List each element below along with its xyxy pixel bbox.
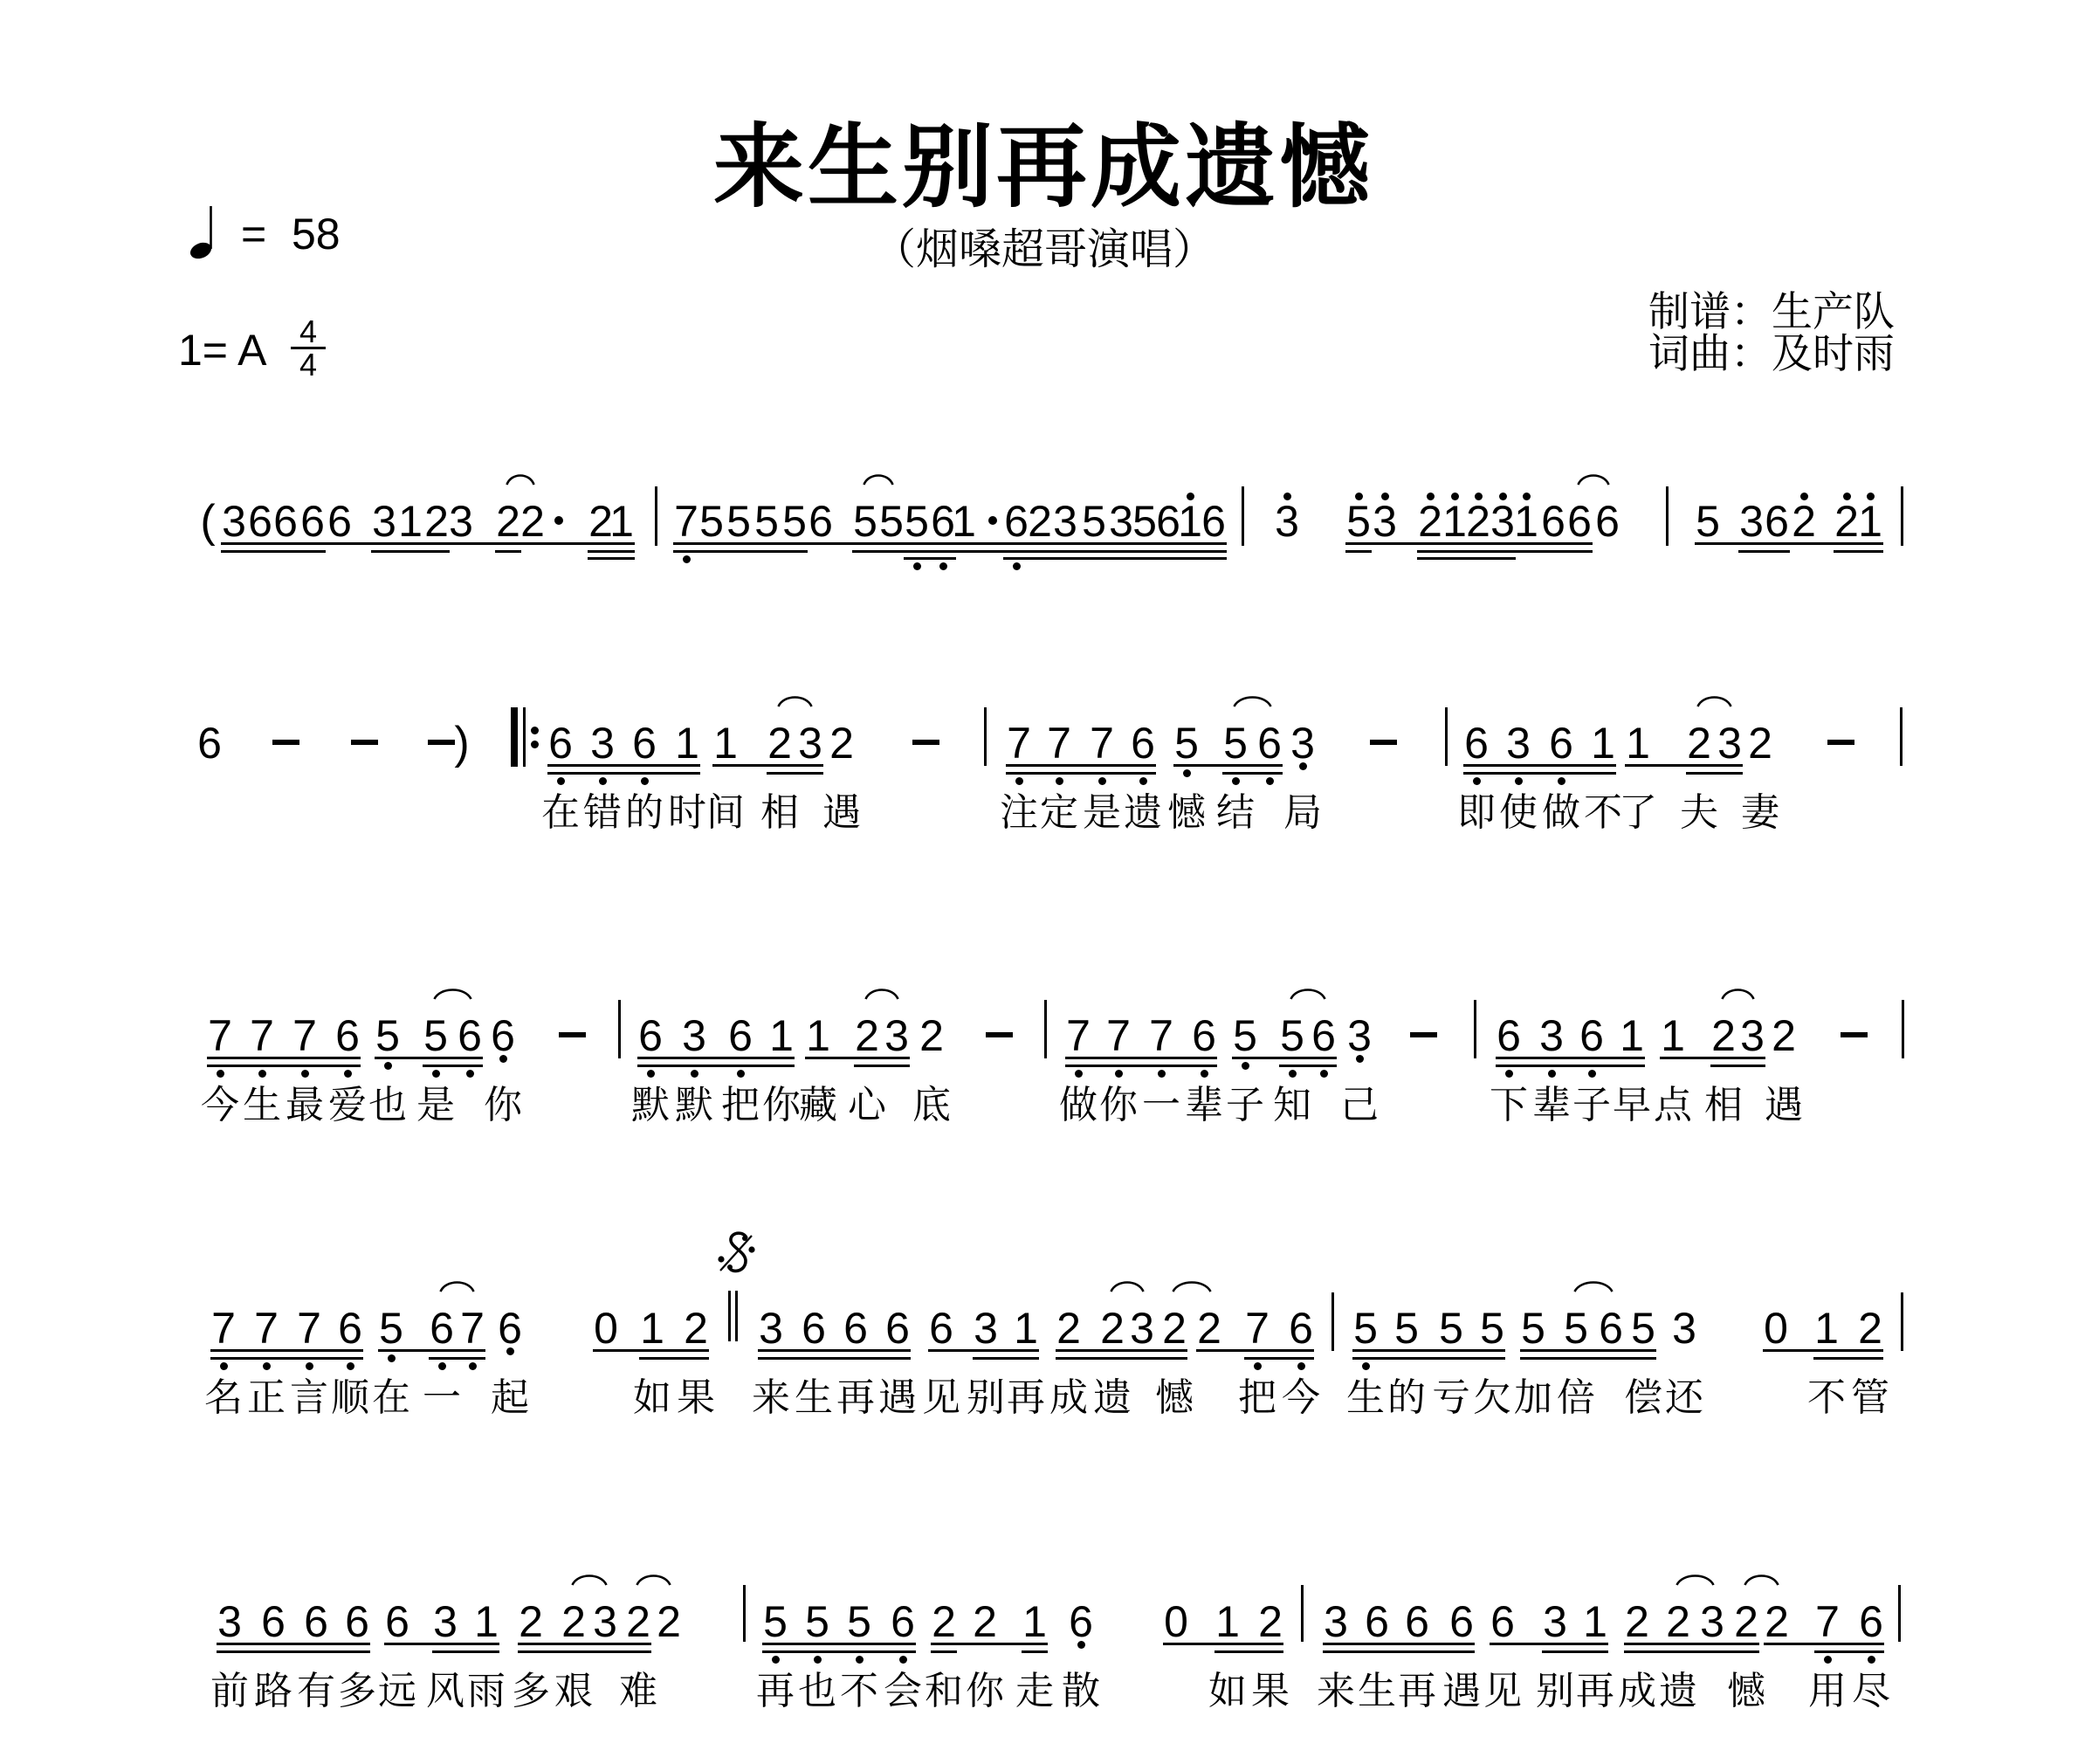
underline-beam xyxy=(762,1643,916,1645)
note-digit: 7 xyxy=(1808,1600,1847,1643)
underline-beam xyxy=(221,542,635,545)
underline-beam xyxy=(547,772,700,775)
note-digit: 6 xyxy=(1124,721,1162,765)
underline-beam xyxy=(423,1065,483,1067)
note-digit: 3 xyxy=(1317,1600,1355,1643)
underline-beam xyxy=(375,1057,483,1059)
slur xyxy=(433,987,472,1001)
lyric-char: 难 xyxy=(612,1672,664,1711)
barline xyxy=(1901,1292,1903,1351)
lyric-char: 遗 xyxy=(1652,1672,1704,1711)
underline-beam xyxy=(1763,1349,1883,1352)
underline-beam xyxy=(1463,772,1616,775)
underline-beam xyxy=(1222,772,1283,775)
note-digit: 5 xyxy=(1226,1014,1264,1058)
note-digit: 5 xyxy=(368,1014,407,1058)
underline-beam xyxy=(210,1349,363,1352)
lyric-char: 果 xyxy=(1244,1672,1297,1711)
octave-dot-below xyxy=(1297,1362,1305,1370)
note-digit: 6 xyxy=(802,500,840,543)
sustain-dash xyxy=(351,740,378,745)
octave-dot-above xyxy=(1427,493,1435,500)
repeat-dot xyxy=(531,727,539,734)
slur xyxy=(1577,472,1610,486)
underline-beam xyxy=(1686,772,1743,775)
underline-beam xyxy=(1345,542,1593,545)
note-digit: 7 xyxy=(204,1306,243,1350)
note-digit: 6 xyxy=(884,1600,922,1643)
underline-beam xyxy=(854,1065,910,1067)
slur xyxy=(1573,1279,1614,1293)
note-digit: 1 xyxy=(633,1306,671,1350)
lyric-char: 憾 xyxy=(1720,1672,1772,1711)
octave-dot-above xyxy=(1283,493,1291,500)
underline-beam xyxy=(210,1357,363,1360)
octave-dot-below xyxy=(939,562,947,570)
slur xyxy=(636,1573,671,1587)
underline-beam xyxy=(1003,557,1227,560)
note-digit: 5 xyxy=(1514,1306,1552,1350)
underline-beam xyxy=(1520,1357,1656,1360)
note-digit: 5 xyxy=(416,1014,455,1058)
note-digit: 5 xyxy=(372,1306,410,1350)
note-digit: 6 xyxy=(1588,500,1627,543)
note-digit: 1 xyxy=(1851,500,1889,543)
note-digit: 2 xyxy=(513,500,552,543)
underline-beam xyxy=(1345,550,1372,553)
underline-beam xyxy=(637,1065,795,1067)
note-digit: 1 xyxy=(1619,721,1657,765)
octave-dot-below xyxy=(1139,777,1147,785)
note-digit: 1 xyxy=(799,1014,837,1058)
note-digit: 1 xyxy=(1007,1306,1045,1350)
underline-beam xyxy=(904,557,956,560)
note-digit: 6 xyxy=(328,1014,367,1058)
underline-beam xyxy=(207,1065,361,1067)
sustain-dash xyxy=(1827,740,1854,745)
underline-beam xyxy=(371,550,450,553)
barline xyxy=(984,707,987,766)
lyric-char: 夫 xyxy=(1673,794,1725,832)
slur xyxy=(1172,1279,1212,1293)
underline-beam xyxy=(767,772,823,775)
octave-dot-below xyxy=(1056,777,1063,785)
octave-dot-above xyxy=(1523,493,1531,500)
underline-beam xyxy=(973,1357,1039,1360)
lyric-char: 远 xyxy=(371,1672,423,1711)
lyric-char: 点 xyxy=(1647,1086,1699,1125)
slur xyxy=(863,472,894,486)
note-digit: 6 xyxy=(378,1600,416,1643)
lyric-char: 己 xyxy=(1333,1086,1386,1125)
octave-dot-below xyxy=(1015,777,1023,785)
note-digit: 6 xyxy=(1442,1600,1481,1643)
underline-beam xyxy=(1695,542,1883,545)
jianpu-score: (366663123222175555655561623535616353212… xyxy=(0,0,2078,1764)
lyric-char: 局 xyxy=(1276,794,1329,832)
barline xyxy=(1331,1292,1334,1351)
lyric-char: 果 xyxy=(670,1379,722,1417)
note-digit: 7 xyxy=(1099,1014,1138,1058)
octave-dot-below xyxy=(384,1062,392,1070)
note-digit: 7 xyxy=(1238,1306,1276,1350)
lyric-char: 间 xyxy=(699,794,752,832)
octave-dot-above xyxy=(1451,493,1459,500)
underline-beam xyxy=(1542,1650,1608,1653)
octave-dot-below xyxy=(1824,1656,1832,1664)
lyric-char: 遗 xyxy=(1086,1379,1139,1417)
note-digit: 3 xyxy=(583,721,622,765)
lyric-char: 遇 xyxy=(1758,1086,1810,1125)
underline-beam xyxy=(1232,1057,1337,1059)
underline-beam xyxy=(1279,1065,1337,1067)
note-digit: 3 xyxy=(1283,721,1322,765)
note-digit: 1 xyxy=(668,721,706,765)
octave-dot-below xyxy=(737,1070,745,1078)
underline-beam xyxy=(384,1643,499,1645)
note-digit: 5 xyxy=(1557,1306,1595,1350)
lyric-char: 默 xyxy=(668,1086,720,1125)
note-digit: 3 xyxy=(1499,721,1538,765)
note-digit: 2 xyxy=(1190,1306,1228,1350)
octave-dot-above xyxy=(1499,493,1507,500)
augmentation-dot xyxy=(554,516,563,525)
octave-dot-below xyxy=(301,1070,309,1078)
note-digit: 5 xyxy=(756,1600,795,1643)
underline-beam xyxy=(673,542,1227,545)
slur xyxy=(1721,987,1755,1001)
octave-dot-below xyxy=(1299,762,1307,770)
octave-dot-below xyxy=(1548,1070,1556,1078)
note-digit: 2 xyxy=(1618,1600,1656,1643)
note-digit: 6 xyxy=(254,1600,292,1643)
octave-dot-above xyxy=(1475,493,1483,500)
octave-dot-below xyxy=(1289,1070,1297,1078)
underline-beam xyxy=(217,1650,370,1653)
octave-dot-below xyxy=(557,777,565,785)
slur xyxy=(1675,1573,1715,1587)
note-digit: 6 xyxy=(836,1306,875,1350)
note-digit: 1 xyxy=(706,721,745,765)
underline-beam xyxy=(1834,550,1883,553)
underline-beam xyxy=(931,1650,957,1653)
underline-beam xyxy=(762,1650,916,1653)
note-digit: 3 xyxy=(877,1014,916,1058)
barline xyxy=(1898,1585,1901,1642)
note-digit: 6 xyxy=(1457,721,1496,765)
sustain-dash xyxy=(1410,1032,1437,1037)
note-digit: 5 xyxy=(1473,1306,1511,1350)
slur xyxy=(1744,1573,1779,1587)
score-page: 来生别再成遗憾 （烟嗓超哥演唱） = 58 1= A 4 4 制谱：生产队 词曲… xyxy=(0,0,2078,1764)
underline-beam xyxy=(432,1650,499,1653)
underline-beam xyxy=(495,550,521,553)
barline xyxy=(1666,486,1669,546)
note-digit: 6 xyxy=(338,1600,376,1643)
lyric-char: 是 xyxy=(409,1086,462,1125)
barline xyxy=(1044,1000,1047,1058)
octave-dot-above xyxy=(1381,493,1389,500)
underline-beam xyxy=(928,1349,1039,1352)
note-digit: 1 xyxy=(467,1600,506,1643)
sustain-dash xyxy=(272,740,299,745)
note-digit: 1 xyxy=(1576,1600,1614,1643)
note-digit: 6 xyxy=(484,1014,522,1058)
slur xyxy=(777,694,813,708)
note-digit: 5 xyxy=(1167,721,1206,765)
octave-dot-below xyxy=(1266,777,1274,785)
barline xyxy=(735,1291,738,1341)
octave-dot-below xyxy=(220,1362,228,1370)
lyric-char: 今 xyxy=(1275,1379,1327,1417)
note-digit: 2 xyxy=(822,721,861,765)
octave-dot-above xyxy=(1800,493,1808,500)
lyric-char: 管 xyxy=(1844,1379,1896,1417)
octave-dot-below xyxy=(772,1656,780,1664)
lyric-char: 憾 xyxy=(1148,1379,1201,1417)
underline-beam xyxy=(1323,1643,1475,1645)
lyric-char: 也 xyxy=(361,1086,414,1125)
underline-beam xyxy=(1520,1349,1656,1352)
barline xyxy=(1301,1585,1304,1642)
note-digit: 3 xyxy=(1532,1014,1571,1058)
note-digit: 1 xyxy=(1208,1600,1247,1643)
lyric-char: 还 xyxy=(1658,1379,1710,1417)
note-digit: 2 xyxy=(1851,1306,1889,1350)
underline-beam xyxy=(1065,1065,1217,1067)
barline xyxy=(1474,1000,1476,1058)
underline-beam xyxy=(1417,550,1593,553)
underline-beam xyxy=(547,764,700,767)
lyric-char: 你 xyxy=(959,1672,1011,1711)
octave-dot-above xyxy=(1187,493,1194,500)
sustain-dash xyxy=(1370,740,1397,745)
note-digit: 6 xyxy=(1185,1014,1223,1058)
octave-dot-below xyxy=(856,1656,864,1664)
underline-beam xyxy=(207,1057,361,1059)
note-digit: 2 xyxy=(925,1600,963,1643)
octave-dot-below xyxy=(1473,777,1481,785)
octave-dot-below xyxy=(599,777,607,785)
octave-dot-below xyxy=(258,1070,266,1078)
underline-beam xyxy=(1496,1065,1645,1067)
note-digit: 3 xyxy=(1665,1306,1703,1350)
barline xyxy=(1445,707,1448,766)
underline-beam xyxy=(1056,1349,1187,1352)
barline xyxy=(1242,486,1244,546)
note-digit: 2 xyxy=(677,1306,715,1350)
note-digit: 6 xyxy=(190,721,229,765)
rest-note: 0 xyxy=(587,1306,625,1350)
underline-beam xyxy=(1173,764,1283,767)
sustain-dash xyxy=(559,1032,586,1037)
note-digit: 6 xyxy=(878,1306,917,1350)
octave-dot-below xyxy=(1356,1055,1364,1063)
octave-dot-below xyxy=(344,1070,352,1078)
barline xyxy=(655,486,657,546)
note-digit: 6 xyxy=(1852,1600,1890,1643)
octave-dot-below xyxy=(647,1070,655,1078)
note-digit: 7 xyxy=(453,1306,492,1350)
underline-beam xyxy=(588,557,635,560)
repeat-thick-bar xyxy=(511,707,518,767)
note-digit: 3 xyxy=(1366,500,1404,543)
octave-dot-below xyxy=(1201,1070,1208,1078)
note-digit: 2 xyxy=(1251,1600,1290,1643)
note-digit: 6 xyxy=(1483,1600,1522,1643)
octave-dot-below xyxy=(1505,1070,1513,1078)
lyric-char: 走 xyxy=(1008,1672,1061,1711)
barline xyxy=(1900,707,1903,766)
underline-beam xyxy=(712,764,823,767)
barline xyxy=(1902,1000,1904,1058)
note-digit: 7 xyxy=(1000,721,1038,765)
note-digit: 7 xyxy=(1142,1014,1180,1058)
octave-dot-below xyxy=(217,1070,224,1078)
rest-note: 0 xyxy=(1757,1306,1795,1350)
octave-dot-below xyxy=(1254,1362,1262,1370)
note-digit: 3 xyxy=(210,1600,249,1643)
note-digit: 7 xyxy=(1083,721,1121,765)
underline-beam xyxy=(588,550,635,553)
barline xyxy=(743,1585,746,1642)
note-digit: 6 xyxy=(1304,1014,1343,1058)
octave-dot-below xyxy=(641,777,649,785)
note-digit: 7 xyxy=(1059,1014,1097,1058)
slur xyxy=(506,472,535,486)
barline xyxy=(1901,486,1903,546)
octave-dot-below xyxy=(899,1656,907,1664)
lyric-char: 憾 xyxy=(1160,794,1213,832)
underline-beam xyxy=(1813,1357,1883,1360)
lyric-char: 遇 xyxy=(815,794,868,832)
octave-dot-below xyxy=(691,1070,698,1078)
lyric-char: 你 xyxy=(477,1086,529,1125)
note-digit: 3 xyxy=(675,1014,713,1058)
underline-beam xyxy=(637,1057,795,1059)
octave-dot-below xyxy=(388,1354,396,1362)
note-digit: 1 xyxy=(602,500,641,543)
underline-beam xyxy=(1496,1057,1645,1059)
underline-beam xyxy=(1625,764,1743,767)
slur xyxy=(864,987,899,1001)
slur xyxy=(1290,987,1326,1001)
note-digit: 5 xyxy=(1689,500,1727,543)
lyric-char: 藏 xyxy=(792,1086,844,1125)
note-digit: 6 xyxy=(541,721,580,765)
note-digit: 2 xyxy=(1758,1600,1796,1643)
underline-beam xyxy=(931,1643,1048,1645)
underline-beam xyxy=(639,1357,709,1360)
note-digit: 6 xyxy=(795,1306,833,1350)
lyric-char: 相 xyxy=(753,794,806,832)
note-digit: 6 xyxy=(1282,1306,1320,1350)
note-digit: 5 xyxy=(798,1600,836,1643)
sustain-dash xyxy=(912,740,939,745)
underline-beam xyxy=(1624,1650,1759,1653)
octave-dot-below xyxy=(466,1070,474,1078)
underline-beam xyxy=(1006,772,1156,775)
lyric-char: 底 xyxy=(905,1086,958,1125)
octave-dot-below xyxy=(1588,1070,1596,1078)
note-digit: 2 xyxy=(650,1600,688,1643)
underline-beam xyxy=(1065,1057,1217,1059)
note-digit: 6 xyxy=(625,721,664,765)
note-digit: 3 xyxy=(752,1306,790,1350)
underline-beam xyxy=(805,1057,910,1059)
note-digit: 6 xyxy=(1572,1014,1611,1058)
note-digit: 6 xyxy=(331,1306,369,1350)
lyric-char: 子 xyxy=(1219,1086,1271,1125)
octave-dot-below xyxy=(347,1362,354,1370)
octave-dot-below xyxy=(1013,562,1021,570)
underline-beam xyxy=(852,550,1227,553)
underline-beam xyxy=(1056,1357,1187,1360)
slur xyxy=(1233,694,1272,708)
note-digit: 2 xyxy=(512,1600,550,1643)
octave-dot-below xyxy=(263,1362,271,1370)
octave-dot-below xyxy=(506,1347,514,1355)
underline-beam xyxy=(758,1357,911,1360)
close-parenthesis: ) xyxy=(449,721,475,765)
octave-dot-below xyxy=(1362,1362,1370,1370)
octave-dot-below xyxy=(913,562,921,570)
note-digit: 2 xyxy=(912,1014,951,1058)
underline-beam xyxy=(1006,764,1156,767)
underline-beam xyxy=(1624,1643,1759,1645)
underline-beam xyxy=(378,1349,485,1352)
underline-beam xyxy=(1417,557,1516,560)
lyric-char: 一 xyxy=(416,1379,468,1417)
note-digit: 6 xyxy=(721,1014,760,1058)
note-digit: 5 xyxy=(1387,1306,1426,1350)
octave-dot-below xyxy=(1098,777,1106,785)
barline xyxy=(618,1000,621,1058)
underline-beam xyxy=(593,1349,709,1352)
underline-beam xyxy=(1764,1643,1884,1645)
note-digit: 1 xyxy=(1015,1600,1054,1643)
lyric-char: 见 xyxy=(1476,1672,1529,1711)
octave-dot-above xyxy=(1355,493,1363,500)
note-digit: 2 xyxy=(1155,1306,1194,1350)
note-digit: 1 xyxy=(1654,1014,1692,1058)
underline-beam xyxy=(518,1643,651,1645)
note-digit: 6 xyxy=(1062,1600,1100,1643)
slur xyxy=(439,1279,475,1293)
underline-beam xyxy=(1710,1065,1765,1067)
note-digit: 3 xyxy=(426,1600,464,1643)
note-digit: 6 xyxy=(631,1014,670,1058)
note-digit: 7 xyxy=(1040,721,1078,765)
note-digit: 3 xyxy=(1340,1014,1379,1058)
note-digit: 1 xyxy=(1584,721,1622,765)
note-digit: 3 xyxy=(1536,1600,1574,1643)
octave-dot-below xyxy=(1183,769,1191,777)
underline-beam xyxy=(1163,1643,1283,1645)
underline-beam xyxy=(1738,550,1790,553)
rest-note: 0 xyxy=(1157,1600,1195,1643)
underline-beam xyxy=(1660,1057,1765,1059)
note-digit: 2 xyxy=(1049,1306,1088,1350)
note-digit: 1 xyxy=(762,1014,801,1058)
slur xyxy=(1696,694,1732,708)
underline-beam xyxy=(1352,1357,1505,1360)
underline-beam xyxy=(221,550,326,553)
octave-dot-above xyxy=(1867,493,1875,500)
note-digit: 5 xyxy=(1346,1306,1385,1350)
note-digit: 5 xyxy=(1432,1306,1470,1350)
octave-dot-below xyxy=(1868,1656,1875,1664)
